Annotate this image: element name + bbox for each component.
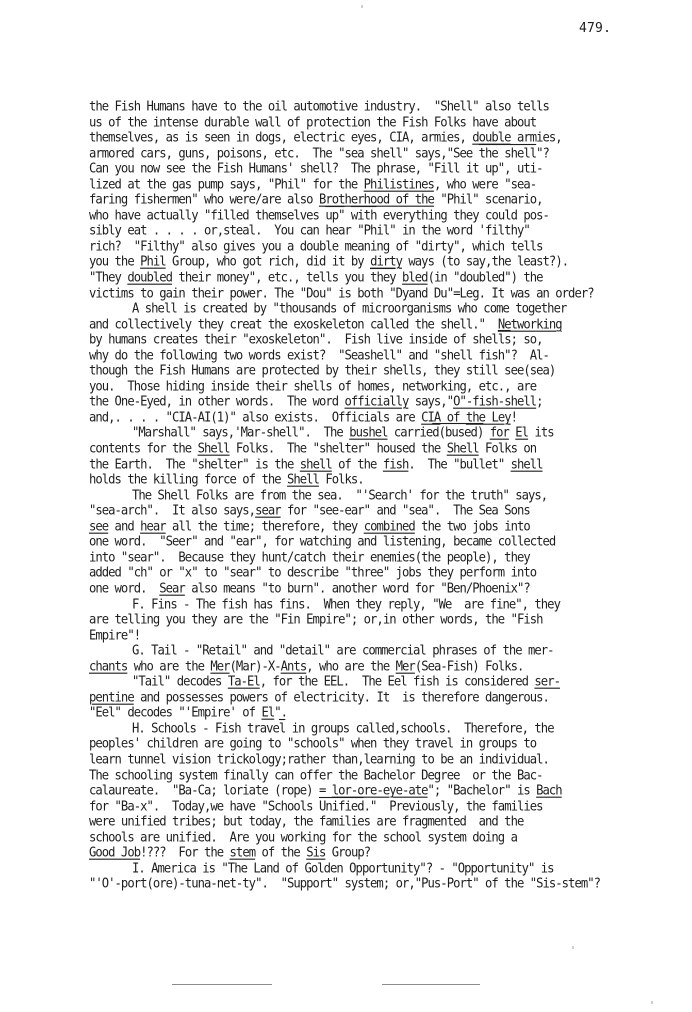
overlined-text: they: [370, 269, 396, 285]
text-segment: "Marshall" says,'Mar-shell". The: [132, 425, 349, 441]
underlined-text: bled: [402, 269, 428, 285]
footer-rule-left: [172, 984, 272, 985]
text-segment: you. Those hiding inside their shells of…: [89, 378, 536, 394]
text-segment: who are the: [127, 658, 210, 674]
text-segment: the two jobs into: [415, 518, 530, 534]
page-number: 479.: [579, 21, 611, 36]
overlined-text: d(bused): [432, 425, 483, 441]
text-segment: added "ch" or "x" to "sear" to describe …: [89, 564, 536, 580]
text-segment: , for the EEL. The Eel fish is considere…: [260, 673, 535, 689]
text-segment: armies,: [511, 129, 562, 145]
text-segment: are telling you they are the "Fin Empire…: [89, 611, 543, 627]
text-line: themselves, as is seen in dogs, electric…: [89, 129, 689, 146]
underlined-text: Shell: [447, 440, 479, 456]
text-segment: holds the killing force of the: [89, 471, 287, 487]
underlined-text: bushel: [349, 425, 387, 441]
text-segment: "sea-arch". It also says,: [89, 502, 255, 518]
text-segment: us of the intense durable wall of protec…: [89, 114, 536, 130]
text-line: contents for the Shell Folks. The "shelt…: [89, 440, 689, 457]
underlined-text: Bach: [536, 782, 562, 798]
text-segment: ways (to say,the least?).: [402, 254, 568, 270]
text-segment: the One-Eyed, in other words. The word: [89, 393, 345, 409]
text-segment: F. Fins - The fish has fins. When they r…: [132, 596, 560, 612]
underlined-text: for: [490, 425, 509, 441]
text-segment: of: [440, 409, 466, 425]
text-line: "'O'-port(ore)-tuna-net-ty". "Support" s…: [89, 875, 689, 892]
text-segment: everything they could pos-: [376, 207, 548, 223]
text-segment: why do the following two words exist? "S…: [89, 347, 549, 363]
text-segment: (Mar)-X-: [230, 658, 281, 674]
text-segment: The schooling system finally can offer t…: [89, 767, 543, 783]
text-line: by humans creates their "exoskeleton". F…: [89, 331, 689, 348]
underlined-text: Shell: [287, 471, 319, 487]
text-segment: one word.: [89, 580, 159, 596]
text-segment: A shell is created by "thousands of micr…: [132, 300, 566, 316]
overlined-text: ls: [498, 331, 511, 347]
text-segment: Can you now see the Fish Humans' shell? …: [89, 160, 543, 176]
underlined-text: Ants: [281, 658, 307, 674]
underlined-text: Phil: [140, 254, 166, 270]
text-segment: Group, who got rich, did it by: [166, 254, 370, 270]
text-segment: of the: [255, 844, 306, 860]
text-segment: contents for the: [89, 440, 198, 456]
text-segment: themselves, as is seen in dogs, electric…: [89, 129, 472, 145]
text-segment: by humans creates their "exoskeleton". F…: [89, 331, 498, 347]
footer-rule-right: [382, 984, 480, 985]
text-segment: learn tunnel vision trickology;rather th…: [89, 751, 549, 767]
text-line: holds the killing force of the Shell Fol…: [89, 471, 689, 488]
text-segment: and: [108, 518, 140, 534]
overlined-text: the shell: [479, 145, 537, 161]
underlined-text: Philistines: [364, 176, 434, 192]
text-segment: I. America is "The Land of Golden Opport…: [132, 860, 554, 876]
text-segment: "?: [536, 145, 549, 161]
text-segment: also means "to burn". another word for "…: [185, 580, 530, 596]
underlined-text: Mer: [210, 658, 229, 674]
text-segment: you the: [89, 254, 140, 270]
text-segment: , who were "sea-: [434, 176, 536, 192]
text-segment: and,. . . . "CIA-AI(1)" also exists. Off…: [89, 409, 421, 425]
text-segment: for "Ba-x". Today,we have "Schools: [89, 798, 319, 814]
underlined-text: Mer: [396, 658, 415, 674]
text-segment: schools are unified. Are you working for…: [89, 829, 517, 845]
text-line: A shell is created by "thousands of micr…: [89, 300, 689, 317]
text-segment: its: [528, 425, 554, 441]
underlined-text: shell: [300, 456, 332, 472]
text-segment: the Fish Humans have to the oil automoti…: [89, 98, 549, 114]
text-segment: "Tail" decodes: [132, 673, 228, 689]
text-line: one word. Sear also means "to burn". ano…: [89, 580, 689, 597]
text-segment: Folks on: [479, 440, 537, 456]
underlined-text: chants: [89, 658, 127, 674]
underlined-text: combined: [364, 518, 415, 534]
text-segment: though the Fish Humans are protected by …: [89, 362, 555, 378]
text-segment: H. Schools - Fish trave: [132, 720, 279, 736]
underlined-text: ser-: [534, 673, 560, 689]
text-segment: armored cars, guns, poisons, etc. The "s…: [89, 145, 479, 161]
overlined-text: with: [351, 207, 377, 223]
text-segment: peoples' children are going to "schools"…: [89, 735, 536, 751]
underlined-text: dirty: [370, 254, 402, 270]
text-segment: The Shell Folks are from the sea. "'Sear…: [132, 487, 547, 503]
underlined-text: lor-ore-eye-ate: [332, 782, 428, 798]
text-segment: and collectively they creat the exoskele…: [89, 316, 498, 332]
underlined-text: Sis: [306, 844, 325, 860]
text-segment: Folks. The "shelter" housed the: [230, 440, 447, 456]
text-line: Can you now see the Fish Humans' shell? …: [89, 160, 689, 177]
text-line: were unified tribes; but today, the fami…: [89, 813, 689, 830]
text-segment: in groups called,schools. Therefore, the: [285, 720, 553, 736]
underlined-text: see: [89, 518, 108, 534]
text-segment: says,": [408, 393, 453, 409]
text-segment: of the: [332, 456, 383, 472]
underlined-text: stem: [230, 844, 256, 860]
text-line: the Fish Humans have to the oil automoti…: [89, 98, 689, 115]
underlined-text: doubled: [127, 269, 172, 285]
underlined-text: officially: [345, 393, 409, 409]
text-segment: ".: [274, 704, 287, 720]
text-segment: were unified tribes; but today, the fami…: [89, 813, 523, 829]
overlined-text: Unified: [319, 798, 364, 814]
text-segment: , who are the: [306, 658, 395, 674]
text-line: are telling you they are the "Fin Empire…: [89, 611, 689, 628]
overlined-text: up": [325, 207, 344, 223]
underlined-text: shell: [511, 456, 543, 472]
text-segment: G. Tail - "Retail" and "detail" are comm…: [132, 642, 554, 658]
text-segment: and possesses powers of electricity. It …: [134, 689, 549, 705]
underlined-text: El: [515, 425, 528, 441]
text-segment: sibly eat . . . . or,steal. You can hear…: [89, 222, 530, 238]
text-segment: ." Previously, the families: [364, 798, 543, 814]
text-segment: !: [511, 409, 517, 425]
text-segment: into "sear". Because they hunt/catch the…: [89, 549, 530, 565]
underlined-text: Sear: [159, 580, 185, 596]
text-segment: "They: [89, 269, 127, 285]
underlined-text: O"-fish-shell: [453, 393, 536, 409]
text-segment: rich? "Filthy" also gives you a double m…: [89, 238, 543, 254]
underlined-text: Shell: [198, 440, 230, 456]
text-segment: lized at the gas pump says, "Phil" for t…: [89, 176, 364, 192]
text-segment: (in "doubled") the: [428, 269, 543, 285]
underlined-text: El: [261, 704, 274, 720]
text-line: G. Tail - "Retail" and "detail" are comm…: [89, 642, 689, 659]
text-segment: all the time; therefore, they: [166, 518, 364, 534]
scan-speck: [572, 946, 574, 949]
underlined-text: fish: [383, 456, 409, 472]
text-segment: "Eel" decodes "'Empire' of: [89, 704, 261, 720]
text-segment: Group?: [325, 844, 370, 860]
text-segment: "'O'-port(ore)-tuna-net-ty". "Support" s…: [89, 875, 600, 891]
text-segment: . The "bullet": [408, 456, 510, 472]
text-segment: carrie: [388, 425, 433, 441]
text-segment: faring fishermen" who were/are also: [89, 191, 319, 207]
text-line: calaureate. "Ba-Ca; loriate (rope) = lor…: [89, 782, 689, 799]
underlined-text: Networking: [498, 316, 562, 332]
text-segment: one word. "Seer" and "ear", for watching…: [89, 533, 555, 549]
underlined-text: the Ley: [466, 409, 511, 425]
text-line: learn tunnel vision trickology;rather th…: [89, 751, 689, 768]
scan-speck: [651, 1001, 653, 1004]
text-segment: calaureate. "Ba-Ca; loriate (rope) =: [89, 782, 332, 798]
text-segment: !??? For the: [140, 844, 229, 860]
underlined-text: hear: [140, 518, 166, 534]
text-segment: "; "Bachelor" is: [428, 782, 537, 798]
text-segment: their money", etc., tells you: [172, 269, 370, 285]
text-segment: Folks.: [319, 471, 364, 487]
text-segment: ; so,: [511, 331, 543, 347]
text-segment: who have actually "filled themselves: [89, 207, 325, 223]
text-segment: (Sea-Fish) Folks.: [415, 658, 524, 674]
scan-speck: [361, 5, 363, 8]
underlined-text: CIA: [421, 409, 440, 425]
text-segment: "Phil" scenario,: [434, 191, 543, 207]
text-segment: Empire"!: [89, 627, 140, 643]
underlined-text: pentine: [89, 689, 134, 705]
underlined-text: double: [472, 129, 510, 145]
document-body: the Fish Humans have to the oil automoti…: [89, 99, 689, 892]
underlined-text: Ta-El: [228, 673, 260, 689]
underlined-text: Brotherhood of the: [319, 191, 434, 207]
text-line: "They doubled their money", etc., tells …: [89, 269, 689, 286]
text-segment: victims to gain their power. The "Dou" i…: [89, 285, 594, 301]
text-segment: for "see-ear" and "sea". The Sea Sons: [281, 502, 530, 518]
text-segment: ;: [536, 393, 542, 409]
underlined-text: sear: [255, 502, 281, 518]
underlined-text: Good Job: [89, 844, 140, 860]
text-segment: the Earth. The "shelter" is the: [89, 456, 300, 472]
